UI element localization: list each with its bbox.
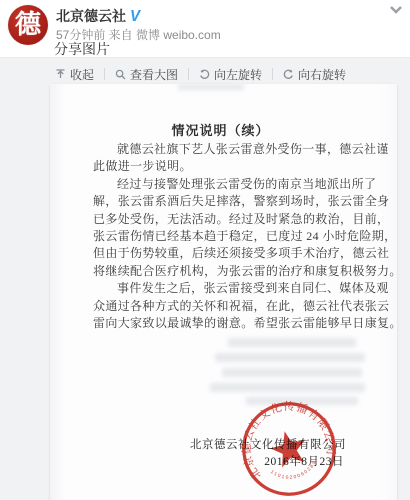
- post-text: 分享图片: [54, 39, 110, 59]
- document-line: 雷向大家致以最诚挚的谢意。希望张云雷能够早日康复。: [93, 315, 348, 332]
- view-large-label: 查看大图: [130, 66, 178, 83]
- rotate-right-label: 向右旋转: [298, 66, 346, 83]
- post-header: 德 北京德云社 V 57分钟前 来自 微博 weibo.com 分享图片: [0, 0, 410, 57]
- rotate-left-label: 向左旋转: [214, 66, 262, 83]
- rotate-left-icon: [199, 69, 210, 80]
- document-line: 就德云社旗下艺人张云雷意外受伤一事，德云社谨: [93, 141, 348, 158]
- verified-badge-icon: V: [130, 8, 140, 24]
- svg-text:1101020060285: 1101020060285: [268, 458, 321, 486]
- document-title: 情况说明（续）: [93, 120, 348, 139]
- rotate-right-button[interactable]: 向右旋转: [283, 66, 346, 83]
- document-line: 但由于伤势较重，后续还须接受多项手术治疗，德云社: [93, 245, 348, 262]
- avatar-seal-glyph: 德: [15, 12, 41, 38]
- document-line: 此做进一步说明。: [93, 158, 348, 175]
- document-image[interactable]: 情况说明（续） 就德云社旗下艺人张云雷意外受伤一事，德云社谨此做进一步说明。经过…: [50, 84, 397, 500]
- collapse-button[interactable]: 收起: [55, 66, 94, 83]
- toolbar-divider: [104, 68, 105, 80]
- toolbar-divider: [188, 68, 189, 80]
- author-name[interactable]: 北京德云社: [56, 6, 126, 26]
- document-body: 就德云社旗下艺人张云雷意外受伤一事，德云社谨此做进一步说明。经过与接警处理张云雷…: [93, 141, 348, 332]
- chevron-down-icon[interactable]: [389, 4, 403, 16]
- document-line: 已多处受伤，无法活动。经过及时紧急的救治，目前，: [93, 211, 348, 228]
- collapse-arrow-icon: [55, 69, 66, 80]
- seal-serial-number: 1101020060285: [268, 458, 321, 486]
- document-line: 将继续配合医疗机构，为张云雷的治疗和康复积极努力。: [93, 263, 348, 280]
- collapse-label: 收起: [70, 66, 94, 83]
- view-large-button[interactable]: 查看大图: [115, 66, 178, 83]
- image-toolbar: 收起 查看大图 向左旋转 向右旋转: [55, 63, 346, 85]
- document-line: 解，张云雷系酒后失足摔落，警察到场时，张云雷全身: [93, 193, 348, 210]
- company-seal-stamp: 北京德云社文化传播有限公司 1101020060285: [239, 399, 339, 499]
- document-line: 经过与接警处理张云雷受伤的南京当地派出所了: [93, 176, 348, 193]
- toolbar-divider: [272, 68, 273, 80]
- document-line: 事件发生之后，张云雷接受到来自同仁、媒体及观: [93, 280, 348, 297]
- image-panel: 收起 查看大图 向左旋转 向右旋转: [0, 57, 410, 500]
- document-line: 张云雷伤情已经基本趋于稳定，已度过 24 小时危险期，: [93, 228, 348, 245]
- document-line: 众通过各种方式的关怀和祝福，在此，德云社代表张云: [93, 298, 348, 315]
- rotate-left-button[interactable]: 向左旋转: [199, 66, 262, 83]
- rotate-right-icon: [283, 69, 294, 80]
- avatar[interactable]: 德: [8, 5, 48, 45]
- magnifier-icon: [115, 69, 126, 80]
